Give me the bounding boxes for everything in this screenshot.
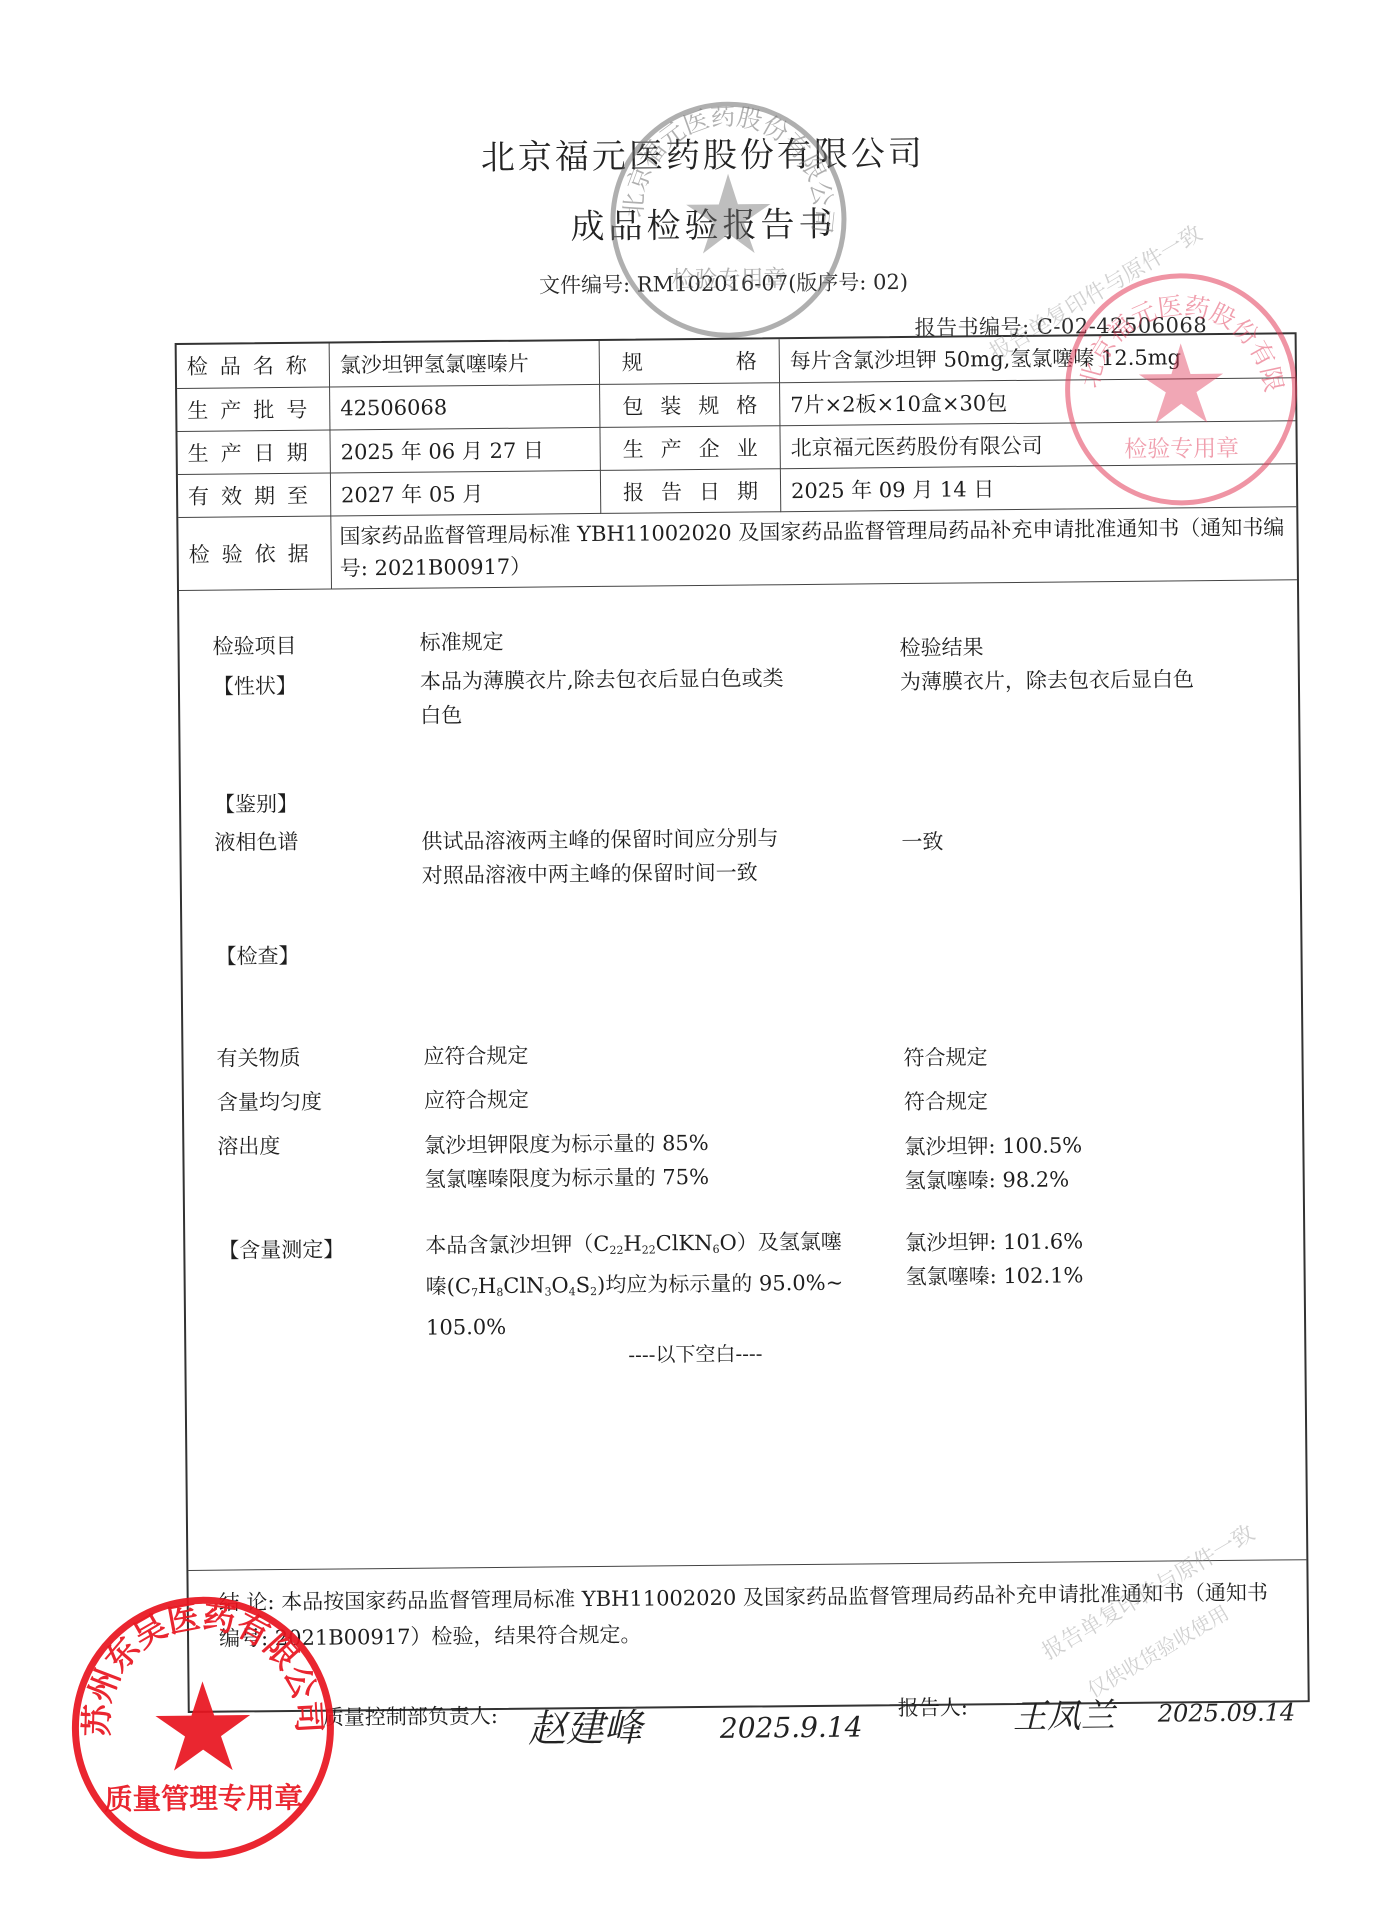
identification-standard-line: 对照品溶液中两主峰的保留时间一致 bbox=[422, 855, 779, 892]
document-title: 成品检验报告书 bbox=[0, 191, 1396, 254]
dissolution-result-line: 氯沙坦钾: 100.5% bbox=[904, 1128, 1082, 1164]
identification-standard: 供试品溶液两主峰的保留时间应分别与 对照品溶液中两主峰的保留时间一致 bbox=[421, 821, 779, 892]
appearance-standard-line: 本品为薄膜衣片,除去包衣后显白色或类 bbox=[420, 661, 784, 698]
assay-text: 本品含氯沙坦钾（ bbox=[425, 1232, 593, 1258]
identification-standard-line: 供试品溶液两主峰的保留时间应分别与 bbox=[421, 821, 778, 858]
conclusion-divider bbox=[188, 1559, 1306, 1571]
dissolution-item: 溶出度 bbox=[217, 1130, 280, 1161]
batch-number: 42506068 bbox=[330, 384, 600, 430]
dissolution-standard-line: 氢氯噻嗪限度为标示量的 75% bbox=[425, 1160, 710, 1197]
product-name: 氯沙坦钾氢氯噻嗪片 bbox=[329, 341, 599, 387]
qc-head-date: 2025.9.14 bbox=[720, 1710, 863, 1744]
section-inspection: 【检查】 bbox=[215, 940, 299, 971]
content-uniformity-result: 符合规定 bbox=[904, 1085, 988, 1116]
reporter-label: 报告人: bbox=[898, 1691, 968, 1722]
inspection-basis: 国家药品监督管理局标准 YBH11002020 及国家药品监督管理局药品补充申请… bbox=[331, 506, 1297, 588]
table-row: 检验依据 国家药品监督管理局标准 YBH11002020 及国家药品监督管理局药… bbox=[178, 506, 1297, 590]
batch-label: 生产批号 bbox=[177, 387, 330, 431]
related-substances-result: 符合规定 bbox=[903, 1041, 987, 1072]
assay-standard: 本品含氯沙坦钾（C22H22ClKN6O）及氢氯噻 嗪(C7H8ClN3O4S2… bbox=[425, 1225, 844, 1345]
package-label: 包装规格 bbox=[600, 382, 780, 427]
dissolution-standard: 氯沙坦钾限度为标示量的 85% 氢氯噻嗪限度为标示量的 75% bbox=[424, 1126, 709, 1197]
qc-head-label: 质量控制部负责人: bbox=[323, 1700, 498, 1732]
product-info-table: 检品名称 氯沙坦钾氢氯噻嗪片 规格 每片含氯沙坦钾 50mg,氢氯噻嗪 12.5… bbox=[177, 334, 1297, 590]
header-result: 检验结果 bbox=[899, 631, 983, 662]
section-assay: 【含量测定】 bbox=[218, 1233, 344, 1264]
manufacturer-label: 生产企业 bbox=[600, 425, 780, 470]
dissolution-result: 氯沙坦钾: 100.5% 氢氯噻嗪: 98.2% bbox=[904, 1128, 1082, 1198]
manufacturer: 北京福元医药股份有限公司 bbox=[780, 420, 1296, 468]
end-marker: ----以下空白---- bbox=[628, 1337, 762, 1367]
dissolution-standard-line: 氯沙坦钾限度为标示量的 85% bbox=[424, 1126, 709, 1163]
signature-row: 质量控制部负责人: 赵建峰 2025.9.14 报告人: 王凤兰 2025.09… bbox=[8, 1683, 1396, 1776]
assay-result-line: 氯沙坦钾: 101.6% bbox=[905, 1224, 1083, 1260]
assay-text: )均应为标示量的 95.0%~ bbox=[597, 1271, 843, 1297]
content-uniformity-standard: 应符合规定 bbox=[424, 1084, 529, 1115]
expiry-date: 2027 年 05 月 bbox=[330, 470, 600, 516]
related-substances-item: 有关物质 bbox=[216, 1042, 300, 1073]
expiry-label: 有效期至 bbox=[178, 473, 331, 517]
assay-standard-line: 嗪(C7H8ClN3O4S2)均应为标示量的 95.0%~ bbox=[426, 1266, 844, 1311]
appearance-standard: 本品为薄膜衣片,除去包衣后显白色或类 白色 bbox=[420, 661, 784, 732]
report-date: 2025 年 09 月 14 日 bbox=[780, 463, 1296, 511]
package-spec: 7片×2板×10盒×30包 bbox=[780, 377, 1296, 425]
assay-text: 嗪( bbox=[426, 1274, 455, 1298]
report-frame: 检品名称 氯沙坦钾氢氯噻嗪片 规格 每片含氯沙坦钾 50mg,氢氯噻嗪 12.5… bbox=[175, 332, 1310, 1713]
mfg-date: 2025 年 06 月 27 日 bbox=[330, 427, 600, 473]
appearance-result: 为薄膜衣片，除去包衣后显白色 bbox=[900, 663, 1194, 696]
section-appearance: 【性状】 bbox=[213, 670, 297, 701]
dissolution-result-line: 氢氯噻嗪: 98.2% bbox=[905, 1162, 1083, 1198]
reporter-date: 2025.09.14 bbox=[1158, 1698, 1296, 1727]
assay-text: ）及氢氯噻 bbox=[737, 1230, 842, 1255]
appearance-standard-line: 白色 bbox=[420, 695, 784, 732]
conclusion: 结 论: 本品按国家药品监督管理局标准 YBH11002020 及国家药品监督管… bbox=[219, 1574, 1280, 1656]
qc-head-signature: 赵建峰 bbox=[528, 1697, 643, 1753]
content-uniformity-item: 含量均匀度 bbox=[217, 1086, 322, 1117]
reporter-signature: 王凤兰 bbox=[1013, 1688, 1115, 1738]
related-substances-standard: 应符合规定 bbox=[423, 1040, 528, 1071]
formula-losartan: C22H22ClKN6O bbox=[593, 1231, 737, 1256]
formula-hctz: C7H8ClN3O4S2 bbox=[455, 1273, 597, 1298]
header-standard: 标准规定 bbox=[419, 626, 503, 657]
company-title: 北京福元医药股份有限公司 bbox=[0, 121, 1396, 184]
product-name-label: 检品名称 bbox=[177, 344, 330, 388]
report-date-label: 报告日期 bbox=[600, 468, 780, 513]
assay-result: 氯沙坦钾: 101.6% 氢氯噻嗪: 102.1% bbox=[905, 1224, 1083, 1294]
assay-standard-line: 本品含氯沙坦钾（C22H22ClKN6O）及氢氯噻 bbox=[425, 1225, 843, 1270]
svg-text:质量管理专用章: 质量管理专用章 bbox=[104, 1781, 303, 1816]
header-item: 检验项目 bbox=[212, 630, 296, 661]
section-identification: 【鉴别】 bbox=[214, 788, 298, 819]
spec-label: 规格 bbox=[599, 339, 779, 384]
file-number: 文件编号: RM102016-07(版序号: 02) bbox=[539, 266, 908, 300]
basis-label: 检验依据 bbox=[178, 516, 331, 590]
mfg-date-label: 生产日期 bbox=[177, 430, 330, 474]
spec: 每片含氯沙坦钾 50mg,氢氯噻嗪 12.5mg bbox=[779, 334, 1295, 382]
identification-result: 一致 bbox=[901, 826, 943, 856]
identification-item: 液相色谱 bbox=[214, 826, 298, 857]
assay-result-line: 氢氯噻嗪: 102.1% bbox=[905, 1258, 1083, 1294]
report-page: 北京福元医药股份有限公司 成品检验报告书 文件编号: RM102016-07(版… bbox=[0, 0, 1396, 1920]
